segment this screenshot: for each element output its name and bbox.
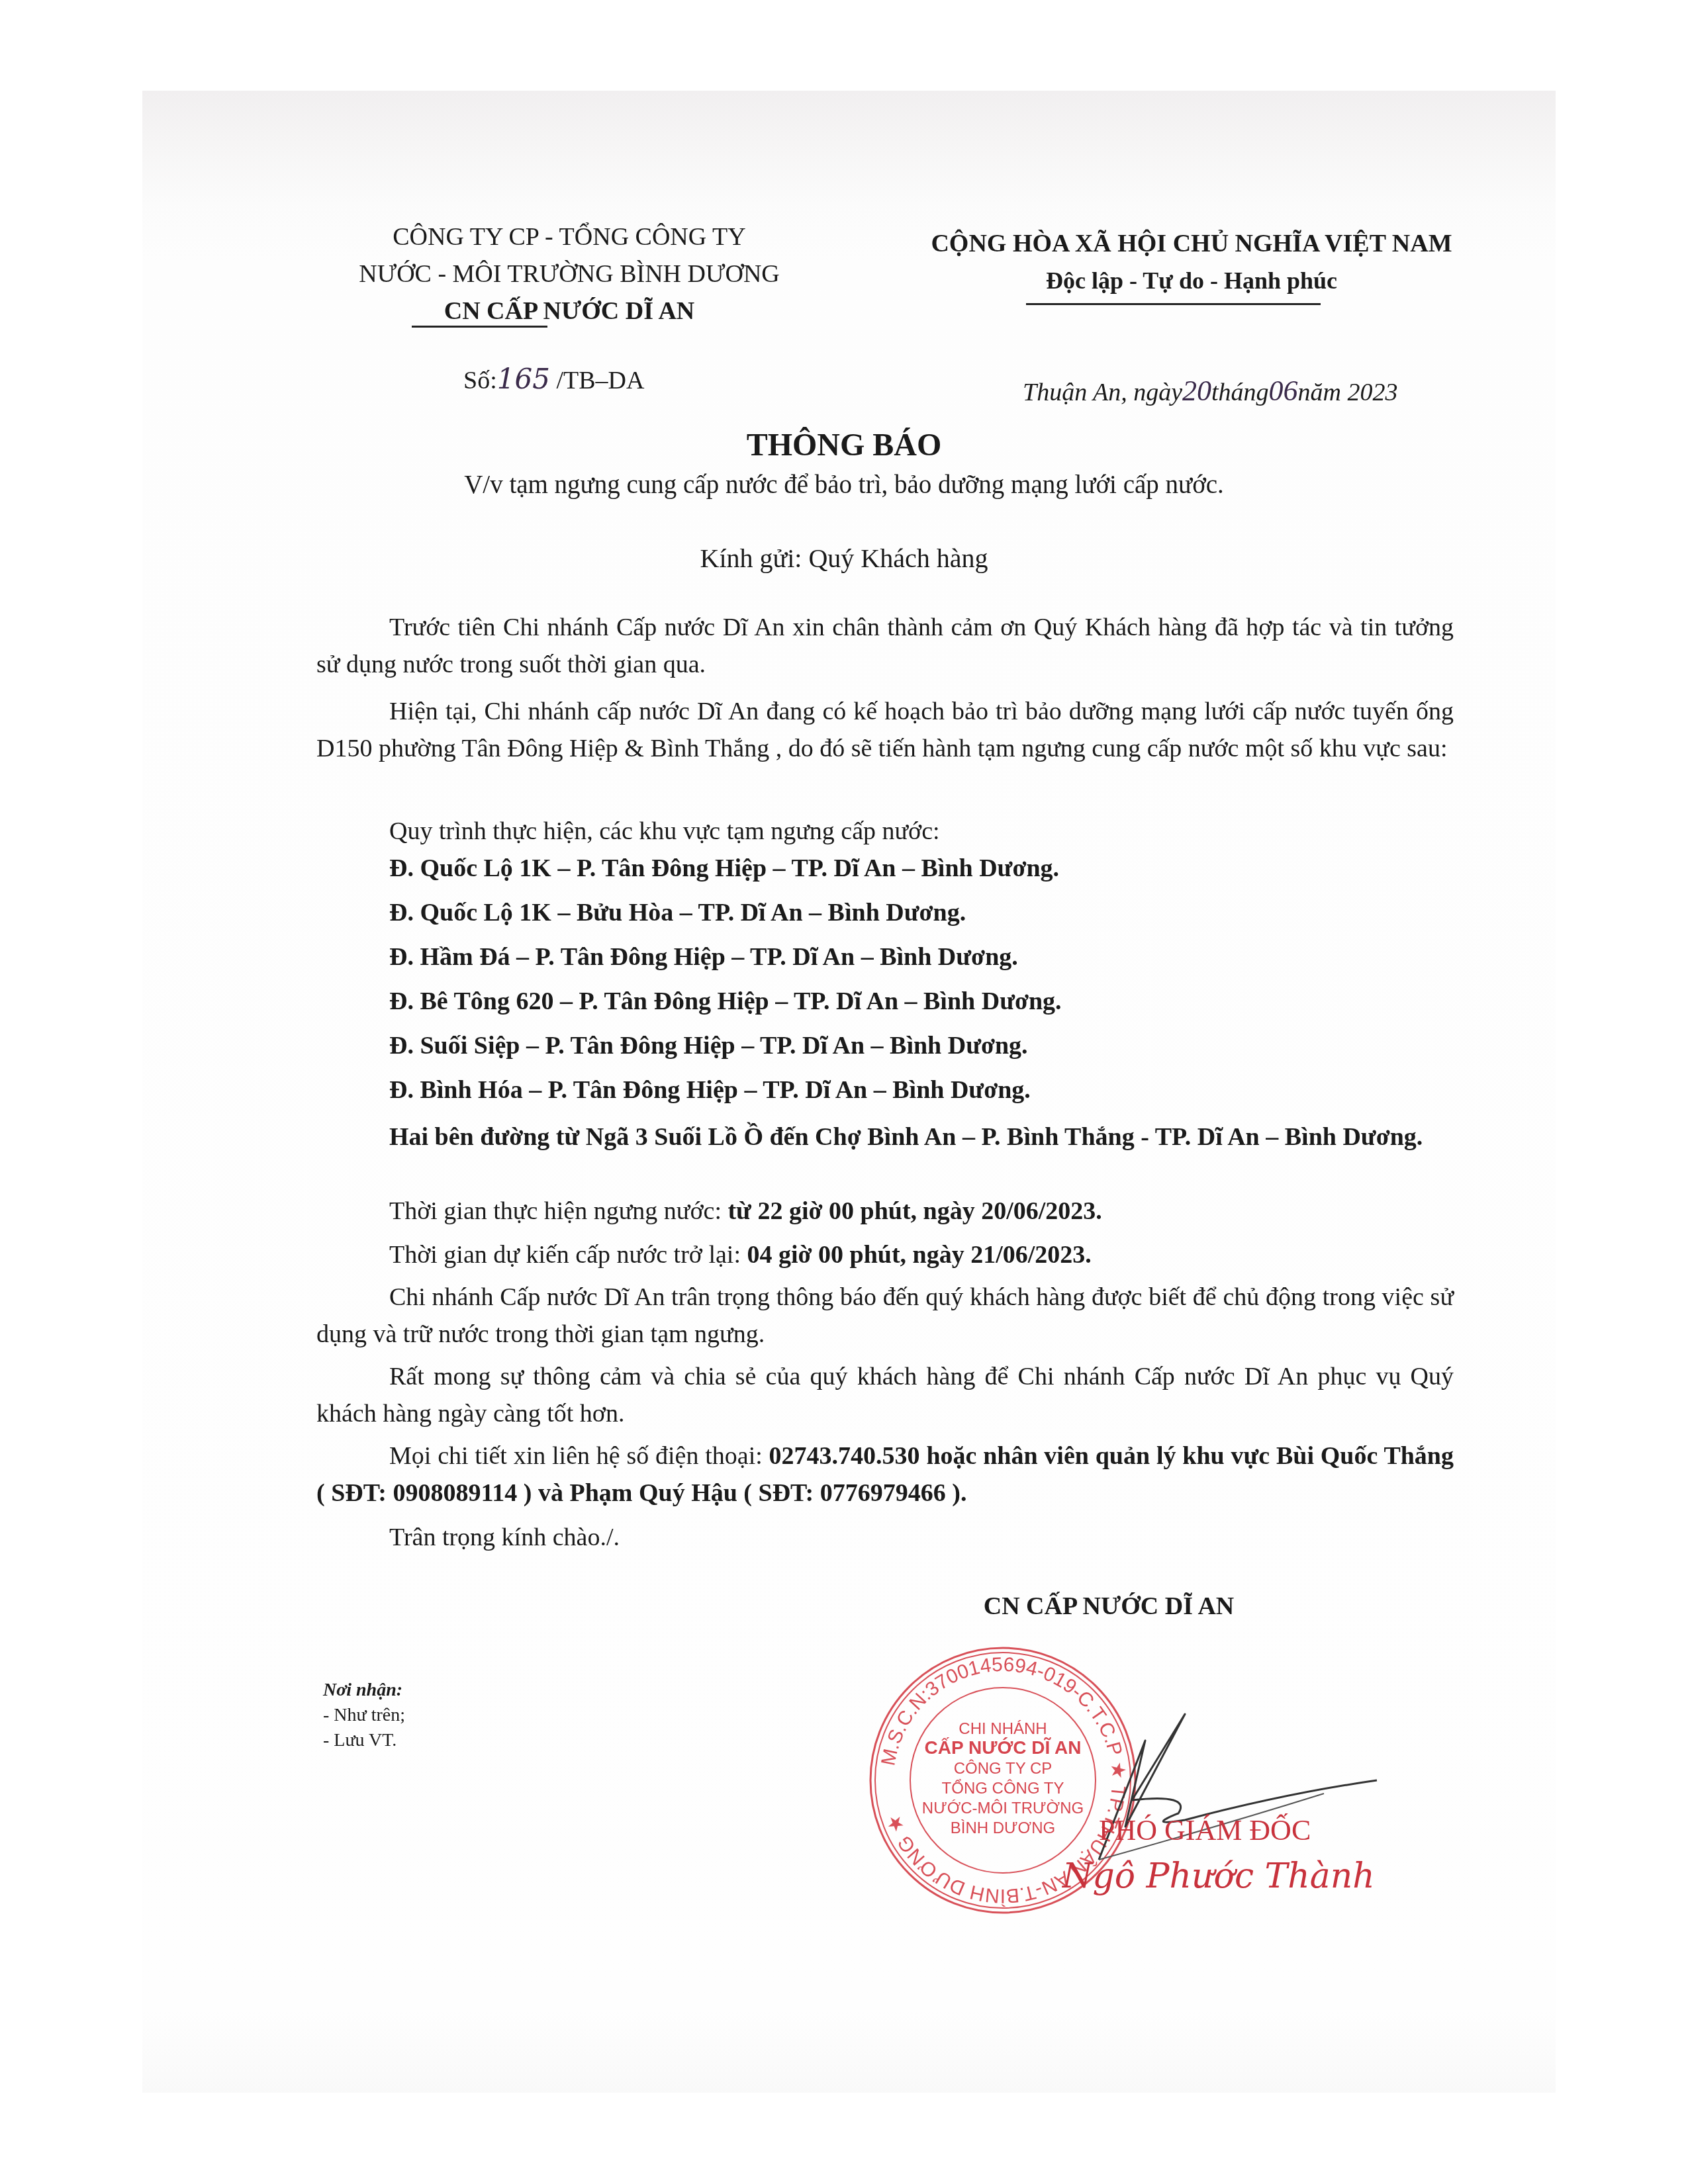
- document-number-handwritten: 165: [497, 363, 550, 395]
- area-item: Hai bên đường từ Ngã 3 Suối Lồ Ồ đến Chợ…: [316, 1118, 1454, 1156]
- document-title: THÔNG BÁO: [0, 427, 1688, 463]
- stop-time: Thời gian thực hiện ngưng nước: từ 22 gi…: [316, 1193, 1454, 1230]
- area-item: Đ. Suối Siệp – P. Tân Đông Hiệp – TP. Dĩ…: [389, 1031, 1028, 1060]
- recipient-item: - Như trên;: [323, 1703, 405, 1728]
- area-item: Đ. Hầm Đá – P. Tân Đông Hiệp – TP. Dĩ An…: [389, 942, 1018, 972]
- recipients-block: Nơi nhận: - Như trên; - Lưu VT.: [323, 1678, 405, 1753]
- paragraph-notice: Chi nhánh Cấp nước Dĩ An trân trọng thôn…: [316, 1279, 1454, 1353]
- issuer-line-2: NƯỚC - MÔI TRƯỜNG BÌNH DƯƠNG: [285, 255, 854, 293]
- svg-text:BÌNH DƯƠNG: BÌNH DƯƠNG: [951, 1819, 1055, 1837]
- motto: Độc lập - Tự do - Hạnh phúc: [867, 262, 1516, 299]
- handwritten-signature: [1086, 1694, 1390, 1880]
- svg-text:CHI NHÁNH: CHI NHÁNH: [959, 1720, 1047, 1738]
- issuer-branch: CN CẤP NƯỚC DĨ AN: [285, 293, 854, 330]
- paragraph-thanks: Trước tiên Chi nhánh Cấp nước Dĩ An xin …: [316, 609, 1454, 683]
- motto-underline: [1026, 303, 1321, 305]
- issuer-line-1: CÔNG TY CP - TỔNG CÔNG TY: [285, 218, 854, 255]
- stop-time-label: Thời gian thực hiện ngưng nước:: [389, 1197, 722, 1225]
- contact-prefix: Mọi chi tiết xin liên hệ số điện thoại:: [389, 1442, 763, 1470]
- resume-time-value: 04 giờ 00 phút, ngày 21/06/2023.: [747, 1241, 1091, 1269]
- paragraph-plan: Hiện tại, Chi nhánh cấp nước Dĩ An đang …: [316, 693, 1454, 767]
- resume-time-label: Thời gian dự kiến cấp nước trở lại:: [389, 1241, 741, 1269]
- document-date: Thuận An, ngày20tháng06năm 2023: [1023, 374, 1398, 408]
- date-day: 20: [1182, 375, 1211, 407]
- resume-time: Thời gian dự kiến cấp nước trở lại: 04 g…: [316, 1236, 1454, 1273]
- area-item: Đ. Quốc Lộ 1K – Bửu Hòa – TP. Dĩ An – Bì…: [389, 898, 966, 927]
- paragraph-apology: Rất mong sự thông cảm và chia sẻ của quý…: [316, 1358, 1454, 1432]
- svg-text:CÔNG TY CP: CÔNG TY CP: [954, 1759, 1052, 1778]
- document-number-suffix: /TB–DA: [556, 367, 644, 394]
- paragraph-contact: Mọi chi tiết xin liên hệ số điện thoại: …: [316, 1437, 1454, 1512]
- svg-text:TỔNG CÔNG TY: TỔNG CÔNG TY: [942, 1779, 1064, 1797]
- country-name: CỘNG HÒA XÃ HỘI CHỦ NGHĨA VIỆT NAM: [867, 225, 1516, 262]
- greeting: Kính gửi: Quý Khách hàng: [0, 543, 1688, 574]
- document-number: Số:165 /TB–DA: [463, 363, 644, 395]
- date-place: Thuận An, ngày: [1023, 379, 1182, 406]
- signer-name: Ngô Phước Thành: [1062, 1856, 1375, 1896]
- svg-text:NƯỚC-MÔI TRƯỜNG: NƯỚC-MÔI TRƯỜNG: [922, 1799, 1084, 1817]
- document-subject: V/v tạm ngưng cung cấp nước để bảo trì, …: [0, 470, 1688, 500]
- recipients-title: Nơi nhận:: [323, 1678, 405, 1703]
- document-number-prefix: Số:: [463, 367, 497, 394]
- date-month: 06: [1269, 375, 1298, 407]
- date-month-label: tháng: [1211, 379, 1269, 406]
- national-motto-block: CỘNG HÒA XÃ HỘI CHỦ NGHĨA VIỆT NAM Độc l…: [867, 225, 1516, 299]
- signature-organization: CN CẤP NƯỚC DĨ AN: [960, 1592, 1258, 1621]
- farewell: Trân trọng kính chào./.: [316, 1519, 1454, 1556]
- recipient-item: - Lưu VT.: [323, 1728, 405, 1753]
- area-item: Đ. Bình Hóa – P. Tân Đông Hiệp – TP. Dĩ …: [389, 1075, 1031, 1105]
- contact-staff-2: và Phạm Quý Hậu ( SĐT: 0776979466 ).: [538, 1479, 966, 1507]
- area-item: Đ. Bê Tông 620 – P. Tân Đông Hiệp – TP. …: [389, 987, 1062, 1016]
- date-year: năm 2023: [1298, 379, 1398, 406]
- svg-text:CẤP NƯỚC DĨ AN: CẤP NƯỚC DĨ AN: [925, 1737, 1082, 1758]
- stop-time-value: từ 22 giờ 00 phút, ngày 20/06/2023.: [727, 1197, 1102, 1225]
- paragraph-areas-intro: Quy trình thực hiện, các khu vực tạm ngư…: [316, 813, 1454, 850]
- issuer-underline: [412, 326, 547, 328]
- signer-position: PHÓ GIÁM ĐỐC: [1099, 1813, 1311, 1847]
- area-item: Đ. Quốc Lộ 1K – P. Tân Đông Hiệp – TP. D…: [389, 854, 1059, 883]
- issuer-block: CÔNG TY CP - TỔNG CÔNG TY NƯỚC - MÔI TRƯ…: [285, 218, 854, 330]
